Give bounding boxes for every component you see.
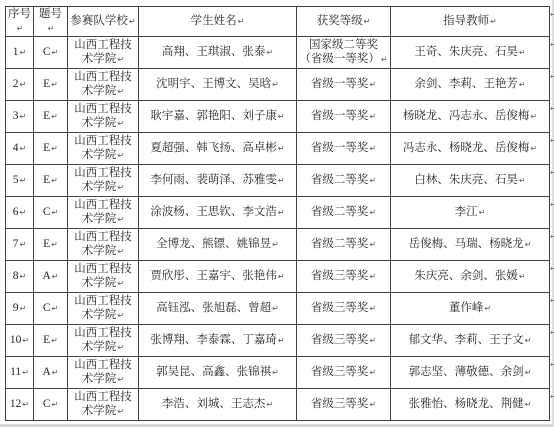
paragraph-mark: ↵ <box>369 336 376 345</box>
cell-text: E <box>43 238 50 250</box>
paragraph-mark: ↵ <box>369 240 376 249</box>
cell-text: 2 <box>13 78 19 90</box>
cell-text: 省级二等奖 <box>311 174 369 186</box>
paragraph-mark: ↵ <box>51 336 58 345</box>
row-end-mark: ↵ <box>550 104 554 113</box>
paragraph-mark: ↵ <box>519 176 526 185</box>
problem-id-cell: E↵ <box>34 133 68 165</box>
paragraph-mark: ↵ <box>117 119 124 128</box>
table-row: 2↵E↵山西工程技术学院↵沈明宇、王博文、吴晗↵省级一等奖↵余剑、李莉、王艳芳↵ <box>6 69 550 101</box>
advisor-names-cell: 岳俊梅、马瑞、杨晓龙↵ <box>391 229 550 261</box>
row-end-mark: ↵ <box>550 200 554 209</box>
paragraph-mark: ↵ <box>51 400 58 409</box>
row-end-mark: ↵ <box>550 40 554 49</box>
paragraph-mark: ↵ <box>51 176 58 185</box>
header-label: 获奖等级 <box>317 15 363 27</box>
paragraph-mark: ↵ <box>266 400 273 409</box>
school-name-cell: 山西工程技术学院↵ <box>68 197 139 229</box>
cell-text: 省级一等奖 <box>311 78 369 90</box>
paragraph-mark: ↵ <box>117 311 124 320</box>
row-number-cell: 8↵ <box>6 261 34 293</box>
cell-text: 8 <box>13 270 19 282</box>
paragraph-mark: ↵ <box>369 112 376 121</box>
advisor-names-cell: 朱庆亮、余剑、张媛↵ <box>391 261 550 293</box>
row-end-mark: ↵ <box>550 72 554 81</box>
cell-text: 李江 <box>455 206 478 218</box>
row-number-cell: 3↵ <box>6 101 34 133</box>
advisor-names-cell: 王奇、朱庆亮、石昊↵ <box>391 37 550 69</box>
student-names-cell: 张博翔、李泰霖、丁嘉琦↵ <box>139 325 297 357</box>
header-cell-award: 获奖等级↵ <box>297 7 391 37</box>
paragraph-mark: ↵ <box>525 400 532 409</box>
paragraph-mark: ↵ <box>525 240 532 249</box>
cell-text: 11 <box>10 366 21 378</box>
award-level-cell: 省级一等奖↵ <box>297 101 391 133</box>
paragraph-mark: ↵ <box>20 304 27 313</box>
cell-text: 冯志永、杨晓龙、岳俊梅 <box>403 142 530 154</box>
student-names-cell: 全博龙、熊镖、姚锦昱↵ <box>139 229 297 261</box>
advisor-names-cell: 李江↵ <box>391 197 550 229</box>
paragraph-mark: ↵ <box>369 304 376 313</box>
paragraph-mark: ↵ <box>117 87 124 96</box>
cell-text: C <box>43 206 51 218</box>
cell-text: 3 <box>13 110 19 122</box>
paragraph-mark: ↵ <box>117 183 124 192</box>
paragraph-mark: ↵ <box>530 112 537 121</box>
document-page: 序号↵ 题号↵ 参赛队学校↵ 学生姓名↵ 获奖等级↵ 指导教师↵ 1↵C↵山西工… <box>0 0 554 427</box>
problem-id-cell: E↵ <box>34 165 68 197</box>
table-row: 7↵E↵山西工程技术学院↵全博龙、熊镖、姚锦昱↵省级二等奖↵岳俊梅、马瑞、杨晓龙… <box>6 229 550 261</box>
paragraph-mark: ↵ <box>51 80 58 89</box>
advisor-names-cell: 冯志永、杨晓龙、岳俊梅↵ <box>391 133 550 165</box>
award-level-cell: 省级二等奖↵ <box>297 197 391 229</box>
cell-text: 省级三等奖 <box>311 302 369 314</box>
cell-text: A <box>42 270 50 282</box>
paragraph-mark: ↵ <box>525 368 532 377</box>
row-end-mark: ↵ <box>550 10 554 19</box>
paragraph-mark: ↵ <box>22 368 29 377</box>
table-row: 6↵C↵山西工程技术学院↵涂波杨、王思钦、李文浩↵省级二等奖↵李江↵ <box>6 197 550 229</box>
paragraph-mark: ↵ <box>369 144 376 153</box>
paragraph-mark: ↵ <box>117 375 124 384</box>
header-cell-students: 学生姓名↵ <box>139 7 297 37</box>
problem-id-cell: A↵ <box>34 261 68 293</box>
award-level-cell: 省级三等奖↵ <box>297 389 391 421</box>
paragraph-mark: ↵ <box>530 144 537 153</box>
school-name-cell: 山西工程技术学院↵ <box>68 389 139 421</box>
paragraph-mark: ↵ <box>20 48 27 57</box>
cell-text: 耿宇嘉、郭艳阳、刘子康 <box>150 110 277 122</box>
paragraph-mark: ↵ <box>278 176 285 185</box>
paragraph-mark: ↵ <box>490 17 497 26</box>
paragraph-mark: ↵ <box>22 336 29 345</box>
row-end-mark: ↵ <box>550 232 554 241</box>
cell-text: 10 <box>10 334 22 346</box>
school-name-cell: 山西工程技术学院↵ <box>68 165 139 197</box>
paragraph-mark: ↵ <box>17 24 24 33</box>
student-names-cell: 高翔、王琪淑、张泰↵ <box>139 37 297 69</box>
advisor-names-cell: 董作峰↵ <box>391 293 550 325</box>
cell-text: 省级一等奖 <box>311 110 369 122</box>
paragraph-mark: ↵ <box>117 215 124 224</box>
row-number-cell: 1↵ <box>6 37 34 69</box>
cell-text: 省级一等奖 <box>311 142 369 154</box>
cell-text: C <box>43 302 51 314</box>
table-row: 4↵E↵山西工程技术学院↵夏超强、韩飞扬、高卓彬↵省级一等奖↵冯志永、杨晓龙、岳… <box>6 133 550 165</box>
cell-text: 董作峰 <box>449 302 484 314</box>
advisor-names-cell: 白林、朱庆亮、石昊↵ <box>391 165 550 197</box>
row-end-mark: ↵ <box>550 360 554 369</box>
student-names-cell: 李浩、刘城、王志杰↵ <box>139 389 297 421</box>
advisor-names-cell: 杨晓龙、冯志永、岳俊梅↵ <box>391 101 550 133</box>
table-body: 1↵C↵山西工程技术学院↵高翔、王琪淑、张泰↵国家级二等奖（省级一等奖）↵王奇、… <box>6 37 550 421</box>
problem-id-cell: C↵ <box>34 293 68 325</box>
cell-text: 省级二等奖 <box>311 238 369 250</box>
table-header: 序号↵ 题号↵ 参赛队学校↵ 学生姓名↵ 获奖等级↵ 指导教师↵ <box>6 7 550 37</box>
award-table: 序号↵ 题号↵ 参赛队学校↵ 学生姓名↵ 获奖等级↵ 指导教师↵ 1↵C↵山西工… <box>5 6 550 421</box>
paragraph-mark: ↵ <box>484 304 491 313</box>
header-label: 序号 <box>8 8 31 20</box>
cell-text: E <box>43 334 50 346</box>
row-number-cell: 10↵ <box>6 325 34 357</box>
cell-text: C <box>43 398 51 410</box>
advisor-names-cell: 郁文华、李莉、王子文↵ <box>391 325 550 357</box>
cell-text: 全博龙、熊镖、姚锦昱 <box>156 238 271 250</box>
student-names-cell: 耿宇嘉、郭艳阳、刘子康↵ <box>139 101 297 133</box>
header-row: 序号↵ 题号↵ 参赛队学校↵ 学生姓名↵ 获奖等级↵ 指导教师↵ <box>6 7 550 37</box>
advisor-names-cell: 张雅怡、杨晓龙、荆健↵ <box>391 389 550 421</box>
header-cell-problem: 题号↵ <box>34 7 68 37</box>
paragraph-mark: ↵ <box>272 304 279 313</box>
school-name-cell: 山西工程技术学院↵ <box>68 69 139 101</box>
cell-text: 余剑、李莉、王艳芳 <box>414 78 518 90</box>
paragraph-mark: ↵ <box>369 400 376 409</box>
cell-text: 省级三等奖 <box>311 398 369 410</box>
cell-text: E <box>43 142 50 154</box>
problem-id-cell: E↵ <box>34 69 68 101</box>
row-number-cell: 9↵ <box>6 293 34 325</box>
paragraph-mark: ↵ <box>20 112 27 121</box>
paragraph-mark: ↵ <box>51 48 58 57</box>
cell-text: 1 <box>13 46 19 58</box>
paragraph-mark: ↵ <box>129 17 136 26</box>
paragraph-mark: ↵ <box>20 176 27 185</box>
cell-text: 郁文华、李莉、王子文 <box>409 334 524 346</box>
row-end-mark: ↵ <box>550 136 554 145</box>
paragraph-mark: ↵ <box>519 272 526 281</box>
table-row: 1↵C↵山西工程技术学院↵高翔、王琪淑、张泰↵国家级二等奖（省级一等奖）↵王奇、… <box>6 37 550 69</box>
cell-text: 高钰泓、张旭磊、曾超 <box>156 302 271 314</box>
paragraph-mark: ↵ <box>117 55 124 64</box>
problem-id-cell: E↵ <box>34 229 68 261</box>
table-row: 3↵E↵山西工程技术学院↵耿宇嘉、郭艳阳、刘子康↵省级一等奖↵杨晓龙、冯志永、岳… <box>6 101 550 133</box>
cell-text: E <box>43 174 50 186</box>
cell-text: 岳俊梅、马瑞、杨晓龙 <box>409 238 524 250</box>
table-row: 8↵A↵山西工程技术学院↵贾欣彤、王嘉宇、张艳伟↵省级三等奖↵朱庆亮、余剑、张媛… <box>6 261 550 293</box>
row-number-cell: 11↵ <box>6 357 34 389</box>
student-names-cell: 夏超强、韩飞扬、高卓彬↵ <box>139 133 297 165</box>
paragraph-mark: ↵ <box>278 144 285 153</box>
student-names-cell: 贾欣彤、王嘉宇、张艳伟↵ <box>139 261 297 293</box>
header-cell-no: 序号↵ <box>6 7 34 37</box>
header-label: 题号 <box>39 8 62 20</box>
paragraph-mark: ↵ <box>117 247 124 256</box>
school-name-cell: 山西工程技术学院↵ <box>68 229 139 261</box>
cell-text: 12 <box>10 398 22 410</box>
award-level-cell: 省级一等奖↵ <box>297 69 391 101</box>
cell-text: 沈明宇、王博文、吴晗 <box>156 78 271 90</box>
paragraph-mark: ↵ <box>20 144 27 153</box>
paragraph-mark: ↵ <box>117 407 124 416</box>
cell-text: 涂波杨、王思钦、李文浩 <box>150 206 277 218</box>
paragraph-mark: ↵ <box>519 48 526 57</box>
cell-text: 张博翔、李泰霖、丁嘉琦 <box>150 334 277 346</box>
paragraph-mark: ↵ <box>48 24 55 33</box>
school-name-cell: 山西工程技术学院↵ <box>68 293 139 325</box>
row-number-cell: 5↵ <box>6 165 34 197</box>
paragraph-mark: ↵ <box>369 368 376 377</box>
paragraph-mark: ↵ <box>52 368 59 377</box>
paragraph-mark: ↵ <box>20 80 27 89</box>
student-names-cell: 沈明宇、王博文、吴晗↵ <box>139 69 297 101</box>
award-level-cell: 省级三等奖↵ <box>297 261 391 293</box>
cell-text: E <box>43 110 50 122</box>
advisor-names-cell: 余剑、李莉、王艳芳↵ <box>391 69 550 101</box>
cell-text: 省级三等奖 <box>311 366 369 378</box>
award-level-cell: 省级三等奖↵ <box>297 325 391 357</box>
paragraph-mark: ↵ <box>278 336 285 345</box>
award-level-cell: 省级二等奖↵ <box>297 165 391 197</box>
cell-text: C <box>43 46 51 58</box>
table-row: 10↵E↵山西工程技术学院↵张博翔、李泰霖、丁嘉琦↵省级三等奖↵郁文华、李莉、王… <box>6 325 550 357</box>
row-end-mark: ↵ <box>550 264 554 273</box>
paragraph-mark: ↵ <box>278 208 285 217</box>
paragraph-mark: ↵ <box>51 240 58 249</box>
paragraph-mark: ↵ <box>369 176 376 185</box>
cell-text: 省级三等奖 <box>311 334 369 346</box>
table-row: 5↵E↵山西工程技术学院↵李何雨、裴萌泽、苏雅雯↵省级二等奖↵白林、朱庆亮、石昊… <box>6 165 550 197</box>
header-label: 指导教师 <box>443 15 489 27</box>
cell-text: 7 <box>13 238 19 250</box>
paragraph-mark: ↵ <box>381 55 388 64</box>
row-number-cell: 2↵ <box>6 69 34 101</box>
paragraph-mark: ↵ <box>369 272 376 281</box>
problem-id-cell: E↵ <box>34 101 68 133</box>
paragraph-mark: ↵ <box>117 151 124 160</box>
award-level-cell: 省级一等奖↵ <box>297 133 391 165</box>
problem-id-cell: C↵ <box>34 37 68 69</box>
paragraph-mark: ↵ <box>238 17 245 26</box>
cell-text: 国家级二等奖（省级一等奖） <box>299 39 380 65</box>
header-label: 参赛队学校 <box>70 15 128 27</box>
cell-text: 张雅怡、杨晓龙、荆健 <box>409 398 524 410</box>
header-label: 学生姓名 <box>191 15 237 27</box>
paragraph-mark: ↵ <box>525 336 532 345</box>
paragraph-mark: ↵ <box>266 48 273 57</box>
paragraph-mark: ↵ <box>52 272 59 281</box>
table-row: 11↵A↵山西工程技术学院↵郭吴昆、高鑫、张锦祺↵省级三等奖↵郭志坚、薄敬德、余… <box>6 357 550 389</box>
cell-text: 省级三等奖 <box>311 270 369 282</box>
cell-text: 4 <box>13 142 19 154</box>
cell-text: 5 <box>13 174 19 186</box>
paragraph-mark: ↵ <box>479 208 486 217</box>
row-number-cell: 6↵ <box>6 197 34 229</box>
cell-text: 高翔、王琪淑、张泰 <box>162 46 266 58</box>
cell-text: 夏超强、韩飞扬、高卓彬 <box>150 142 277 154</box>
award-level-cell: 省级三等奖↵ <box>297 293 391 325</box>
cell-text: 李浩、刘城、王志杰 <box>162 398 266 410</box>
school-name-cell: 山西工程技术学院↵ <box>68 101 139 133</box>
cell-text: 白林、朱庆亮、石昊 <box>414 174 518 186</box>
header-cell-school: 参赛队学校↵ <box>68 7 139 37</box>
paragraph-mark: ↵ <box>51 112 58 121</box>
cell-text: 王奇、朱庆亮、石昊 <box>414 46 518 58</box>
school-name-cell: 山西工程技术学院↵ <box>68 325 139 357</box>
row-end-mark: ↵ <box>550 168 554 177</box>
award-level-cell: 省级二等奖↵ <box>297 229 391 261</box>
problem-id-cell: C↵ <box>34 389 68 421</box>
row-number-cell: 12↵ <box>6 389 34 421</box>
table-row: 12↵C↵山西工程技术学院↵李浩、刘城、王志杰↵省级三等奖↵张雅怡、杨晓龙、荆健… <box>6 389 550 421</box>
student-names-cell: 高钰泓、张旭磊、曾超↵ <box>139 293 297 325</box>
paragraph-mark: ↵ <box>272 240 279 249</box>
cell-text: 9 <box>13 302 19 314</box>
student-names-cell: 郭吴昆、高鑫、张锦祺↵ <box>139 357 297 389</box>
cell-text: 杨晓龙、冯志永、岳俊梅 <box>403 110 530 122</box>
row-end-mark: ↵ <box>550 296 554 305</box>
cell-text: 李何雨、裴萌泽、苏雅雯 <box>150 174 277 186</box>
school-name-cell: 山西工程技术学院↵ <box>68 357 139 389</box>
problem-id-cell: A↵ <box>34 357 68 389</box>
problem-id-cell: C↵ <box>34 197 68 229</box>
header-cell-teachers: 指导教师↵ <box>391 7 550 37</box>
paragraph-mark: ↵ <box>20 272 27 281</box>
paragraph-mark: ↵ <box>369 208 376 217</box>
student-names-cell: 李何雨、裴萌泽、苏雅雯↵ <box>139 165 297 197</box>
paragraph-mark: ↵ <box>20 240 27 249</box>
cell-text: 贾欣彤、王嘉宇、张艳伟 <box>150 270 277 282</box>
paragraph-mark: ↵ <box>51 304 58 313</box>
paragraph-mark: ↵ <box>364 17 371 26</box>
student-names-cell: 涂波杨、王思钦、李文浩↵ <box>139 197 297 229</box>
cell-text: 省级二等奖 <box>311 206 369 218</box>
award-level-cell: 省级三等奖↵ <box>297 357 391 389</box>
paragraph-mark: ↵ <box>22 400 29 409</box>
school-name-cell: 山西工程技术学院↵ <box>68 133 139 165</box>
school-name-cell: 山西工程技术学院↵ <box>68 261 139 293</box>
cell-text: 郭志坚、薄敬德、余剑 <box>409 366 524 378</box>
school-name-cell: 山西工程技术学院↵ <box>68 37 139 69</box>
cell-text: 6 <box>13 206 19 218</box>
paragraph-mark: ↵ <box>272 368 279 377</box>
row-end-mark: ↵ <box>550 392 554 401</box>
table-row: 9↵C↵山西工程技术学院↵高钰泓、张旭磊、曾超↵省级三等奖↵董作峰↵ <box>6 293 550 325</box>
paragraph-mark: ↵ <box>278 272 285 281</box>
paragraph-mark: ↵ <box>117 343 124 352</box>
award-level-cell: 国家级二等奖（省级一等奖）↵ <box>297 37 391 69</box>
paragraph-mark: ↵ <box>369 80 376 89</box>
problem-id-cell: E↵ <box>34 325 68 357</box>
paragraph-mark: ↵ <box>519 80 526 89</box>
paragraph-mark: ↵ <box>117 279 124 288</box>
row-end-mark: ↵ <box>550 328 554 337</box>
paragraph-mark: ↵ <box>20 208 27 217</box>
paragraph-mark: ↵ <box>278 112 285 121</box>
cell-text: 朱庆亮、余剑、张媛 <box>414 270 518 282</box>
paragraph-mark: ↵ <box>272 80 279 89</box>
paragraph-mark: ↵ <box>51 144 58 153</box>
advisor-names-cell: 郭志坚、薄敬德、余剑↵ <box>391 357 550 389</box>
row-number-cell: 7↵ <box>6 229 34 261</box>
cell-text: A <box>42 366 50 378</box>
paragraph-mark: ↵ <box>51 208 58 217</box>
cell-text: 郭吴昆、高鑫、张锦祺 <box>156 366 271 378</box>
row-number-cell: 4↵ <box>6 133 34 165</box>
cell-text: E <box>43 78 50 90</box>
